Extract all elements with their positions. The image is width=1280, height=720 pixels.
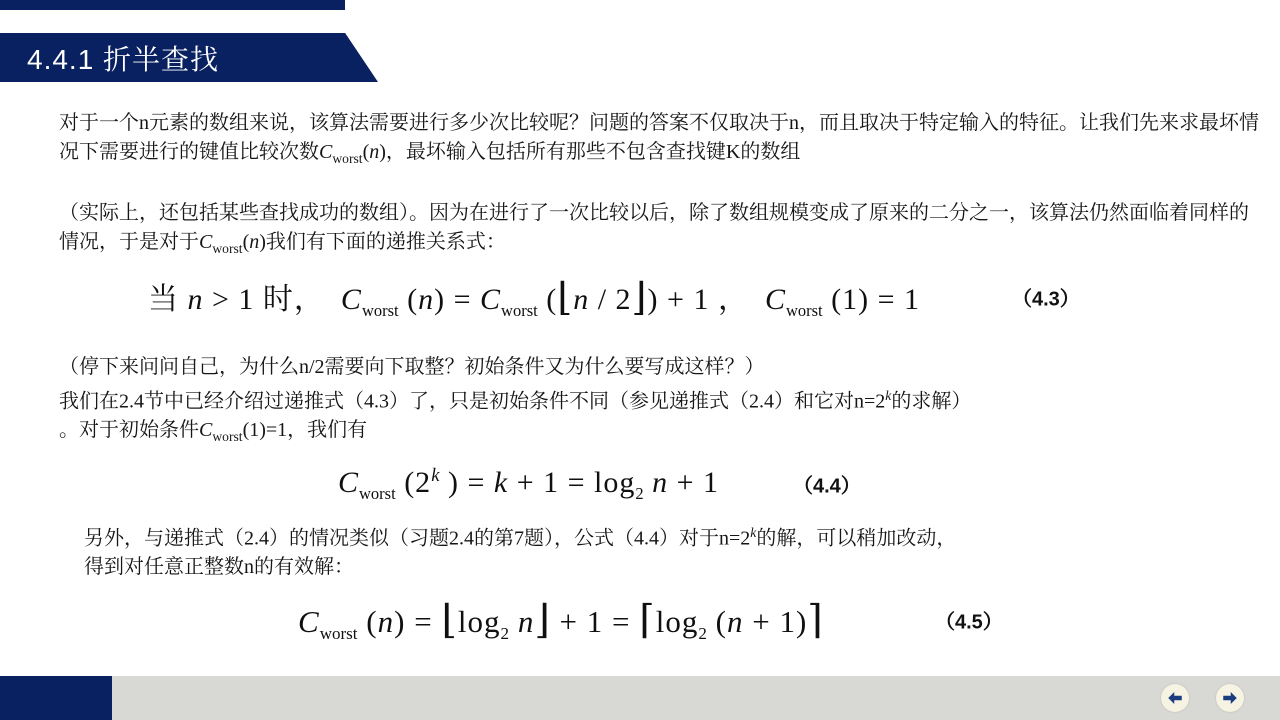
paragraph-4: 另外，与递推式（2.4）的情况类似（习题2.4的第7题），公式（4.4）对于n=…: [84, 519, 956, 582]
section-title: 4.4.1 折半查找: [0, 38, 219, 78]
paragraph-4-line-1: 另外，与递推式（2.4）的情况类似（习题2.4的第7题），公式（4.4）对于n=…: [84, 519, 956, 553]
equation-number-4-5: （4.5）: [935, 606, 1003, 635]
top-accent-strip: [0, 0, 345, 10]
equation-number-4-4: （4.4）: [793, 470, 861, 499]
footer-bar: [112, 676, 1280, 720]
paragraph-1: 对于一个n元素的数组来说，该算法需要进行多少次比较呢？问题的答案不仅取决于n，而…: [59, 109, 1259, 173]
equation-number-4-3: （4.3）: [1012, 283, 1080, 312]
formula-4-5: Cworst (n) = ⌊log2 n⌋ + 1 = ⌈log2 (n + 1…: [298, 597, 824, 643]
paragraph-2: （实际上，还包括某些查找成功的数组）。因为在进行了一次比较以后，除了数组规模变成…: [59, 199, 1259, 263]
paragraph-3-line-3: 。对于初始条件Cworst(1)=1，我们有: [59, 416, 971, 452]
paragraph-3: （停下来问问自己，为什么n/2需要向下取整？初始条件又为什么要写成这样？） 我们…: [59, 353, 971, 451]
paragraph-3-line-1: （停下来问问自己，为什么n/2需要向下取整？初始条件又为什么要写成这样？）: [59, 353, 971, 382]
formula-4-5-body: Cworst (n) = ⌊log2 n⌋ + 1 = ⌈log2 (n + 1…: [298, 596, 824, 644]
prev-slide-button[interactable]: [1161, 684, 1189, 712]
footer-accent-block: [0, 676, 112, 720]
formula-4-4-body: Cworst (2k ) = k + 1 = log2 n + 1: [338, 465, 719, 504]
arrow-right-icon: [1221, 689, 1239, 707]
slide: 4.4.1 折半查找 对于一个n元素的数组来说，该算法需要进行多少次比较呢？问题…: [0, 0, 1280, 720]
paragraph-3-line-2: 我们在2.4节中已经介绍过递推式（4.3）了，只是初始条件不同（参见递推式（2.…: [59, 382, 971, 416]
formula-4-3: 当 n > 1 时， Cworst (n) = Cworst (⌊n / 2⌋)…: [148, 274, 920, 320]
arrow-left-icon: [1166, 689, 1184, 707]
paragraph-4-line-2: 得到对任意正整数n的有效解：: [84, 553, 956, 582]
formula-4-4: Cworst (2k ) = k + 1 = log2 n + 1 （4.4）: [338, 461, 719, 507]
section-title-banner: 4.4.1 折半查找: [0, 33, 378, 82]
formula-4-3-body: 当 n > 1 时， Cworst (n) = Cworst (⌊n / 2⌋)…: [148, 274, 920, 321]
next-slide-button[interactable]: [1216, 684, 1244, 712]
